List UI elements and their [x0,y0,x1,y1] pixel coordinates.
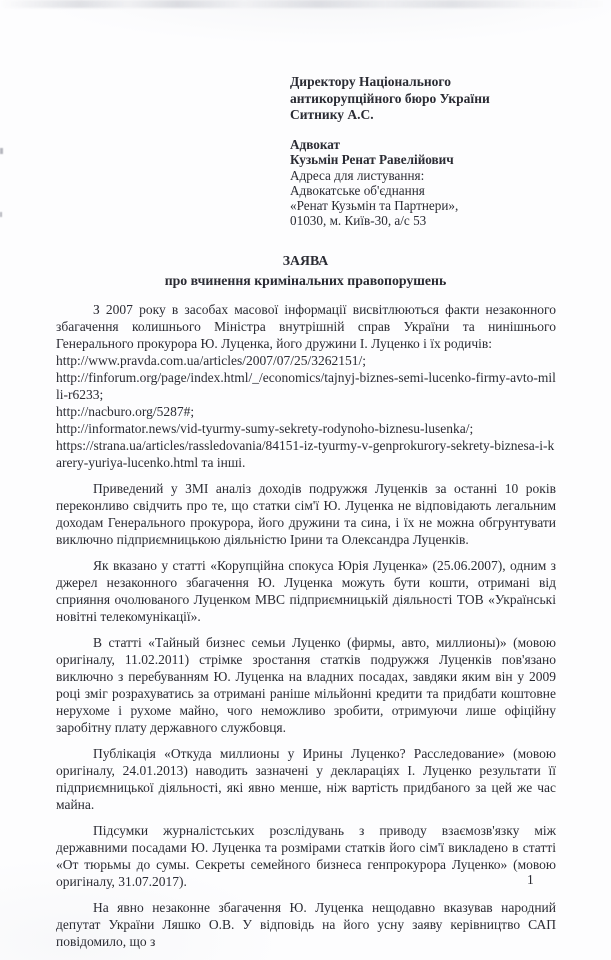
scan-speck [0,148,3,154]
sender-role: Адвокат [290,137,458,152]
paragraph-6: Підсумки журналістських розслідувань з п… [56,822,556,890]
document-subtitle: про вчинення кримінальних правопорушень [0,271,611,291]
address-label: Адреса для листування: [290,168,458,183]
address-line-1: Адвокатське об'єднання [290,183,458,198]
recipient-line-3: Ситнику А.С. [290,107,490,124]
address-line-3: 01030, м. Київ-30, а/с 53 [290,213,458,228]
scan-speck [0,212,2,217]
source-link-2: http://finforum.org/page/index.html/_/ec… [56,369,556,403]
scan-artifact-top [0,0,611,8]
sender-block: Адвокат Кузьмін Ренат Равелійович Адреса… [290,137,458,229]
recipient-block: Директору Національного антикорупційного… [290,74,490,124]
recipient-line-2: антикорупційного бюро України [290,91,490,108]
address-line-2: «Ренат Кузьмін та Партнери», [290,198,458,213]
scanned-document-page: Директору Національного антикорупційного… [0,0,611,960]
paragraph-3: Як вказано у статті «Корупційна спокуса … [56,557,556,625]
page-number: 1 [527,872,534,888]
recipient-line-1: Директору Національного [290,74,490,91]
paragraph-4: В статті «Тайный бизнес семьи Луценко (ф… [56,634,556,736]
source-link-4: http://informator.news/vid-tyurmy-sumy-s… [56,420,556,437]
source-links: http://www.pravda.com.ua/articles/2007/0… [56,352,556,471]
source-link-3: http://nacburo.org/5287#; [56,403,556,420]
sender-name: Кузьмін Ренат Равелійович [290,152,458,167]
source-link-1: http://www.pravda.com.ua/articles/2007/0… [56,352,556,369]
paragraph-1: З 2007 року в засобах масової інформації… [56,301,556,352]
document-title: ЗАЯВА [0,251,611,271]
source-link-5: https://strana.ua/articles/rassledovania… [56,437,556,471]
paragraph-5: Публікація «Откуда миллионы у Ирины Луце… [56,745,556,813]
paragraph-2: Приведений у ЗМІ аналіз доходів подружжя… [56,480,556,548]
document-body: З 2007 року в засобах масової інформації… [56,301,556,959]
paragraph-7: На явно незаконне збагачення Ю. Луценка … [56,899,556,950]
title-block: ЗАЯВА про вчинення кримінальних правопор… [0,251,611,291]
